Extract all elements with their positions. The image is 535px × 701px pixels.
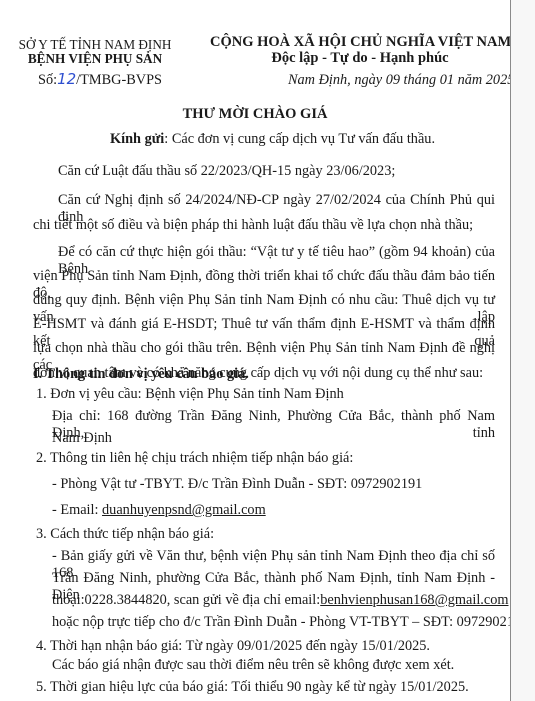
legal-basis-2-cont: chi tiết một số điều và biện pháp thi hà… [33, 217, 473, 234]
country-name: CỘNG HOÀ XÃ HỘI CHỦ NGHĨA VIỆT NAM [210, 34, 510, 50]
doc-number-prefix: Số: [38, 72, 57, 88]
viewer-background [511, 0, 535, 701]
document-page: SỞ Y TẾ TỈNH NAM ĐỊNH BỆNH VIỆN PHỤ SẢN … [0, 0, 510, 701]
item-1-address: Địa chỉ: 168 đường Trần Đăng Ninh, Phườn… [52, 408, 495, 442]
email-label: - Email: [52, 502, 102, 518]
item-2: 2. Thông tin liên hệ chịu trách nhiệm ti… [36, 450, 353, 467]
hospital-email-link[interactable]: benhvienphusan168@gmail.com [320, 592, 508, 609]
section-1-heading: I. Thông tin đơn vị yêu cầu báo giá. [33, 366, 249, 383]
item-4: 4. Thời hạn nhận báo giá: Từ ngày 09/01/… [36, 638, 430, 655]
item-5: 5. Thời gian hiệu lực của báo giá: Tối t… [36, 679, 469, 696]
item-3-line-3: thoại:0228.3844820, scan gửi về địa chỉ … [52, 592, 495, 609]
doc-number-handwritten: 12 [57, 70, 76, 88]
org-name: BỆNH VIỆN PHỤ SẢN [0, 51, 190, 66]
recipient-text: : Các đơn vị cung cấp dịch vụ Tư vấn đấu… [164, 131, 435, 147]
item-2-contact: - Phòng Vật tư -TBYT. Đ/c Trần Đình Duẫn… [52, 476, 422, 493]
recipient-label: Kính gửi [110, 131, 164, 147]
legal-basis-1: Căn cứ Luật đấu thầu số 22/2023/QH-15 ng… [58, 163, 395, 180]
item-1: 1. Đơn vị yêu cầu: Bệnh viện Phụ Sản tỉn… [36, 386, 344, 403]
document-title: THƯ MỜI CHÀO GIÁ [0, 106, 510, 123]
item-3-phone-text: thoại:0228.3844820, scan gửi về địa chỉ … [52, 592, 320, 609]
item-1-address-cont: Nam Định [52, 430, 112, 447]
place-date: Nam Định, ngày 09 tháng 01 năm 2025 [288, 72, 514, 89]
recipient: Kính gửi: Các đơn vị cung cấp dịch vụ Tư… [110, 131, 435, 148]
document-number: Số:12/TMBG-BVPS [38, 70, 162, 89]
item-2-email-row: - Email: duanhuyenpsnd@gmail.com [52, 502, 266, 519]
motto: Độc lập - Tự do - Hạnh phúc [210, 50, 510, 66]
org-parent: SỞ Y TẾ TỈNH NAM ĐỊNH [0, 37, 190, 52]
item-4-note: Các báo giá nhận được sau thời điểm nêu … [52, 657, 454, 674]
contact-email-link[interactable]: duanhuyenpsnd@gmail.com [102, 502, 266, 518]
item-3-line-4: hoặc nộp trực tiếp cho đ/c Trần Đình Duẫ… [52, 614, 528, 631]
item-3: 3. Cách thức tiếp nhận báo giá: [36, 526, 214, 543]
doc-number-suffix: /TMBG-BVPS [76, 72, 162, 88]
